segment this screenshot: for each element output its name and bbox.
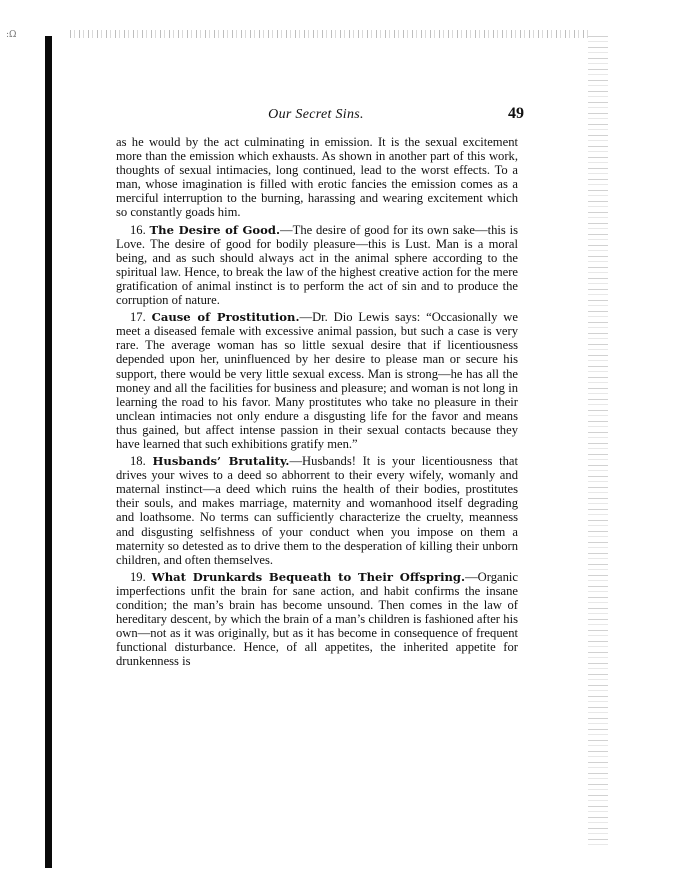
section-17: 17. Cause of Prostitution.—Dr. Dio Lewis… — [116, 310, 518, 451]
section-number: 18. — [130, 454, 146, 468]
section-number: 16. — [130, 223, 146, 237]
section-text: —Organic imperfections unfit the brain f… — [116, 570, 518, 669]
section-heading: Cause of Prostitution. — [152, 310, 300, 324]
section-heading: What Drunkards Bequeath to Their Offspri… — [152, 570, 465, 584]
binding-rule — [45, 36, 52, 868]
running-head: Our Secret Sins. 49 — [116, 107, 516, 127]
paragraph-text: as he would by the act culminating in em… — [116, 135, 518, 219]
section-heading: The Desire of Good. — [150, 223, 281, 237]
section-18: 18. Husbands’ Brutality.—Husbands! It is… — [116, 454, 518, 567]
section-number: 19. — [130, 570, 146, 584]
section-16: 16. The Desire of Good.—The desire of go… — [116, 223, 518, 308]
paragraph-continuation: as he would by the act culminating in em… — [116, 135, 518, 220]
page-number: 49 — [508, 105, 524, 123]
scan-speck: :Ω — [6, 30, 17, 40]
body-text: as he would by the act culminating in em… — [116, 135, 518, 671]
section-number: 17. — [130, 310, 146, 324]
section-heading: Husbands’ Brutality. — [152, 454, 289, 468]
scan-right-edge — [588, 36, 608, 846]
section-text: —Dr. Dio Lewis says: “Occasionally we me… — [116, 310, 518, 451]
scan-top-edge — [70, 30, 590, 38]
running-title: Our Secret Sins. — [116, 107, 516, 123]
section-19: 19. What Drunkards Bequeath to Their Off… — [116, 570, 518, 669]
section-text: —Husbands! It is your licentiousness tha… — [116, 454, 518, 567]
